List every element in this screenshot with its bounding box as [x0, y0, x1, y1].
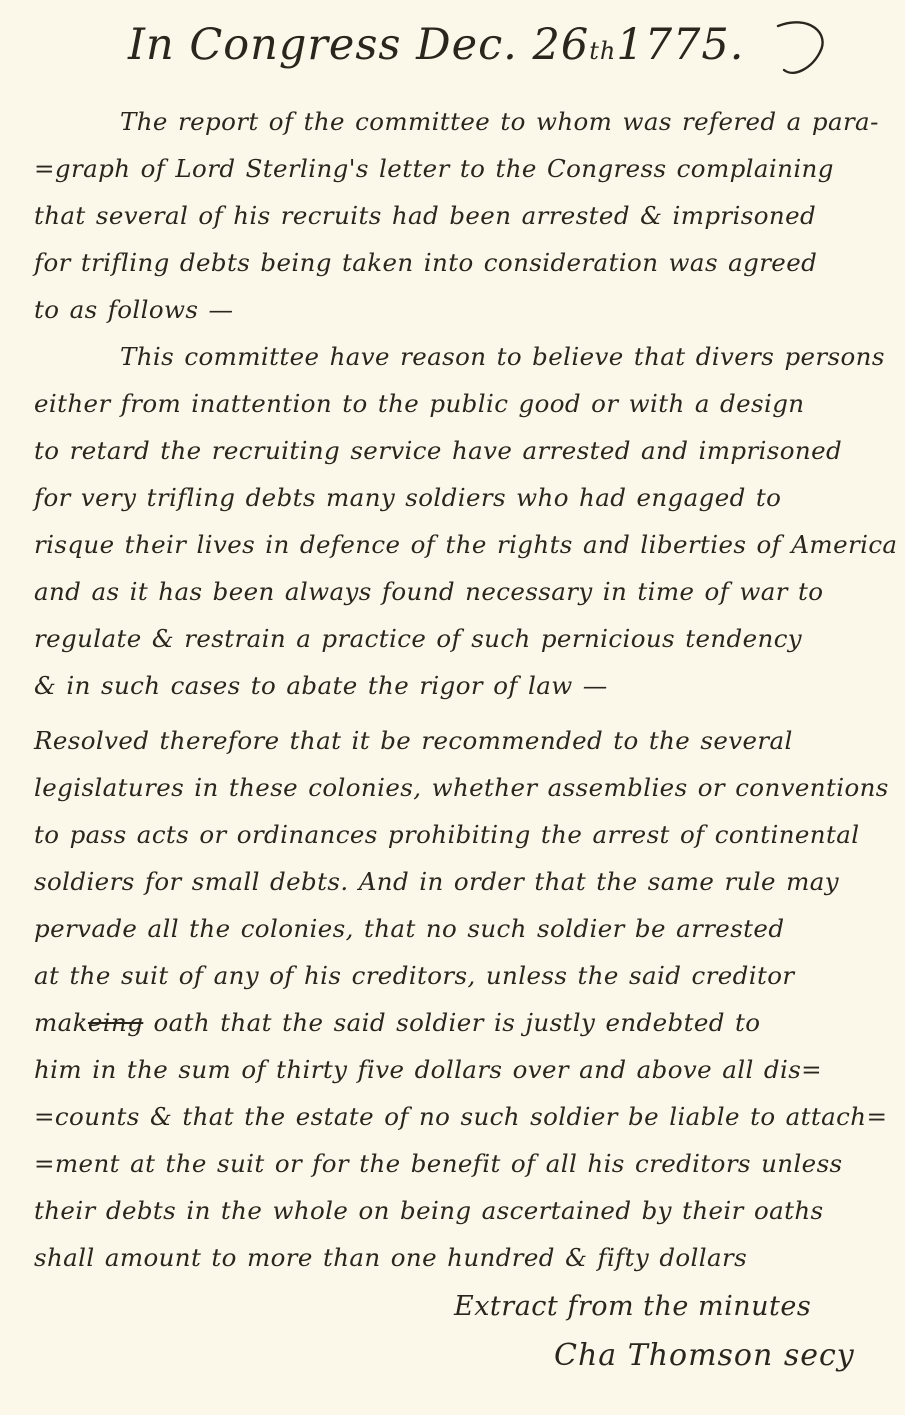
manuscript-line: The report of the committee to whom was …: [34, 107, 879, 136]
manuscript-line: =counts & that the estate of no such sol…: [34, 1102, 887, 1131]
manuscript-line: their debts in the whole on being ascert…: [34, 1196, 824, 1225]
manuscript-line: for trifling debts being taken into cons…: [34, 248, 817, 277]
document-heading: In Congress Dec. 26th 1775.: [128, 20, 905, 84]
closing-block: Extract from the minutes Cha Thomson sec…: [34, 1283, 885, 1381]
manuscript-line: to retard the recruiting service have ar…: [34, 436, 842, 465]
manuscript-line: & in such cases to abate the rigor of la…: [34, 671, 608, 700]
manuscript-line: either from inattention to the public go…: [34, 389, 805, 418]
manuscript-line: =graph of Lord Sterling's letter to the …: [34, 154, 834, 183]
paragraph-committee-opinion: This committee have reason to believe th…: [34, 333, 885, 709]
manuscript-line: to as follows —: [34, 295, 233, 324]
manuscript-line: at the suit of any of his creditors, unl…: [34, 961, 794, 990]
attestation-line: Extract from the minutes: [454, 1283, 885, 1331]
manuscript-page: In Congress Dec. 26th 1775. The report o…: [0, 0, 905, 1415]
manuscript-line: regulate & restrain a practice of such p…: [34, 624, 802, 653]
manuscript-line: and as it has been always found necessar…: [34, 577, 823, 606]
flourish-curl-icon: [770, 20, 830, 84]
manuscript-line: Resolved therefore that it be recommende…: [34, 726, 793, 755]
struck-out-text: eing: [88, 1008, 143, 1037]
manuscript-line: =ment at the suit or for the benefit of …: [34, 1149, 843, 1178]
secretary-signature: Cha Thomson secy: [554, 1331, 885, 1381]
correction-pre: mak: [34, 1008, 88, 1037]
paragraph-report: The report of the committee to whom was …: [34, 98, 885, 333]
correction-post: oath that the said soldier is justly end…: [143, 1008, 760, 1037]
manuscript-line: shall amount to more than one hundred & …: [34, 1243, 747, 1272]
manuscript-body: The report of the committee to whom was …: [34, 98, 885, 1381]
manuscript-line: risque their lives in defence of the rig…: [34, 530, 897, 559]
manuscript-line: legislatures in these colonies, whether …: [34, 773, 889, 802]
manuscript-line-with-correction: makeing oath that the said soldier is ju…: [34, 1008, 760, 1037]
manuscript-line: This committee have reason to believe th…: [34, 342, 885, 371]
paragraph-resolution: Resolved therefore that it be recommende…: [34, 717, 885, 1281]
manuscript-line: soldiers for small debts. And in order t…: [34, 867, 839, 896]
heading-text-pre: In Congress Dec. 26: [128, 20, 589, 70]
manuscript-line: him in the sum of thirty five dollars ov…: [34, 1055, 822, 1084]
manuscript-line: to pass acts or ordinances prohibiting t…: [34, 820, 859, 849]
manuscript-line: for very trifling debts many soldiers wh…: [34, 483, 781, 512]
heading-text-post: 1775.: [616, 20, 744, 70]
manuscript-line: that several of his recruits had been ar…: [34, 201, 816, 230]
manuscript-line: pervade all the colonies, that no such s…: [34, 914, 784, 943]
